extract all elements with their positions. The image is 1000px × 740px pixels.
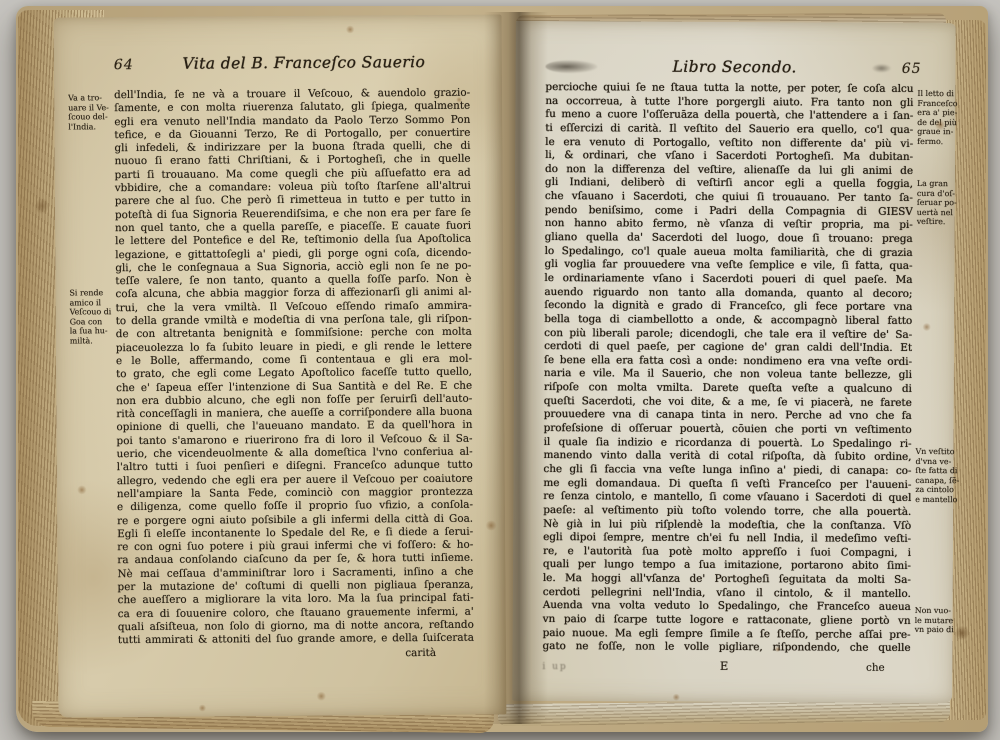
right-running-head: Libro Secondo. 65 [546,57,922,77]
text-line: graue in- [917,127,963,137]
text-line: Va a tro- [68,93,114,103]
margin-note: Si rendeamico ilVeſcouo diGoa conla ſua … [69,288,115,346]
text-line: Goa con [70,317,116,327]
text-line: ſeruar po- [917,198,963,208]
margin-note: La grancura d'oſ-ſeruar po-uertà nelveſt… [917,179,963,227]
book: 64 Vita del B. Franceſco Sauerio Va a tr… [16,6,988,732]
ink-smudge-ornament [546,60,598,73]
foxing-spot [77,485,87,494]
right-body-text: percioche quiui ſe ne ſtaua tutta la not… [542,81,913,656]
text-line: Vn veſtito [916,447,962,457]
text-line: era a' pie- [917,108,963,118]
left-page-number: 64 [114,57,134,73]
text-line: miltà. [70,336,116,346]
right-signature-line: i up E che [542,658,910,674]
text-line: Il letto di [917,89,963,99]
text-line: e mantello [915,495,961,505]
text-line: Veſcouo di [70,307,116,317]
text-line: uertà nel [917,208,963,218]
left-catchword: carità [118,647,474,661]
text-line: vn paio di [915,625,961,635]
text-line: ti eſſercizi di carità. Il veſtito del S… [545,122,913,138]
text-line: tutti ammirati & attoniti del ſuo grande… [118,632,474,648]
show-through-mark: i up [542,662,567,672]
text-line: che gli ſi faccia vna veſte lunga inſino… [543,463,911,479]
bottom-right-page-edges [498,700,950,726]
foxing-spot [316,692,326,701]
text-line: Non vuo- [915,606,961,616]
text-line: amico il [70,298,116,308]
margin-note: Va a tro-uare il Ve-ſcouo del-l'India. [68,93,114,132]
left-running-head: 64 Vita del B. Franceſco Sauerio [114,53,474,74]
text-line: le mutare [915,616,961,626]
foxing-spot [672,694,680,701]
margin-note: Vn veſtitod'vna ve-ſte fatta dicanapa, ſ… [915,447,961,505]
text-line: za cintolo [915,485,961,495]
text-line: de del più [917,118,963,128]
text-line: le ordinariamente vſano i Sacerdoti poue… [544,272,912,288]
margin-note: Il letto diFranceſcoera a' pie-de del pi… [917,89,963,147]
text-line: profeſsione di oſſeruar pouertà, cōuien … [544,422,912,438]
photo-of-open-book: 64 Vita del B. Franceſco Sauerio Va a tr… [0,0,1000,740]
ink-smudge-small [872,63,892,72]
left-running-title: Vita del B. Franceſco Sauerio [134,53,474,73]
right-page-number: 65 [902,61,922,77]
text-line: fermo. [917,137,963,147]
right-running-title: Libro Secondo. [601,57,867,76]
text-line: ſcouo del- [68,112,114,122]
left-body-text: dell'India, ſe ne và a trouare il Veſcou… [114,87,474,648]
text-line: cura d'oſ- [917,189,963,199]
foxing-spot [922,323,931,331]
text-line: d'vna ve- [915,457,961,467]
text-line: la ſua hu- [70,327,116,337]
text-line: uare il Ve- [68,103,114,113]
text-line: paeſe: al veſtimento più toſto volendo t… [543,504,911,520]
right-page: Libro Secondo. 65 Il letto diFranceſcoer… [512,21,956,703]
text-line: canapa, ſē- [915,476,961,486]
text-line: bella toga di ciambellotto a onde, & acc… [544,313,912,329]
right-catchword: che [840,662,910,674]
text-line: ſte fatta di [915,466,961,476]
foxing-spot [198,705,206,712]
foxing-spot [346,25,355,33]
text-line: Si rende [69,288,115,298]
text-line: La gran [917,179,963,189]
text-line: gato ne foſſe, non le volle pigliare, ri… [542,640,910,656]
text-line: vn paio di ſcarpe tutte logore e rattaco… [543,613,911,629]
text-line: Franceſco [917,99,963,109]
gathering-signature: E [568,658,841,673]
left-page: 64 Vita del B. Franceſco Sauerio Va a tr… [54,14,507,717]
text-line: veſtire. [917,217,963,227]
text-line: l'India. [68,122,114,132]
margin-note: Non vuo-le mutarevn paio di [915,606,961,635]
text-line: percioche quiui ſe ne ſtaua tutta la not… [545,81,913,97]
foxing-spot [485,520,497,530]
